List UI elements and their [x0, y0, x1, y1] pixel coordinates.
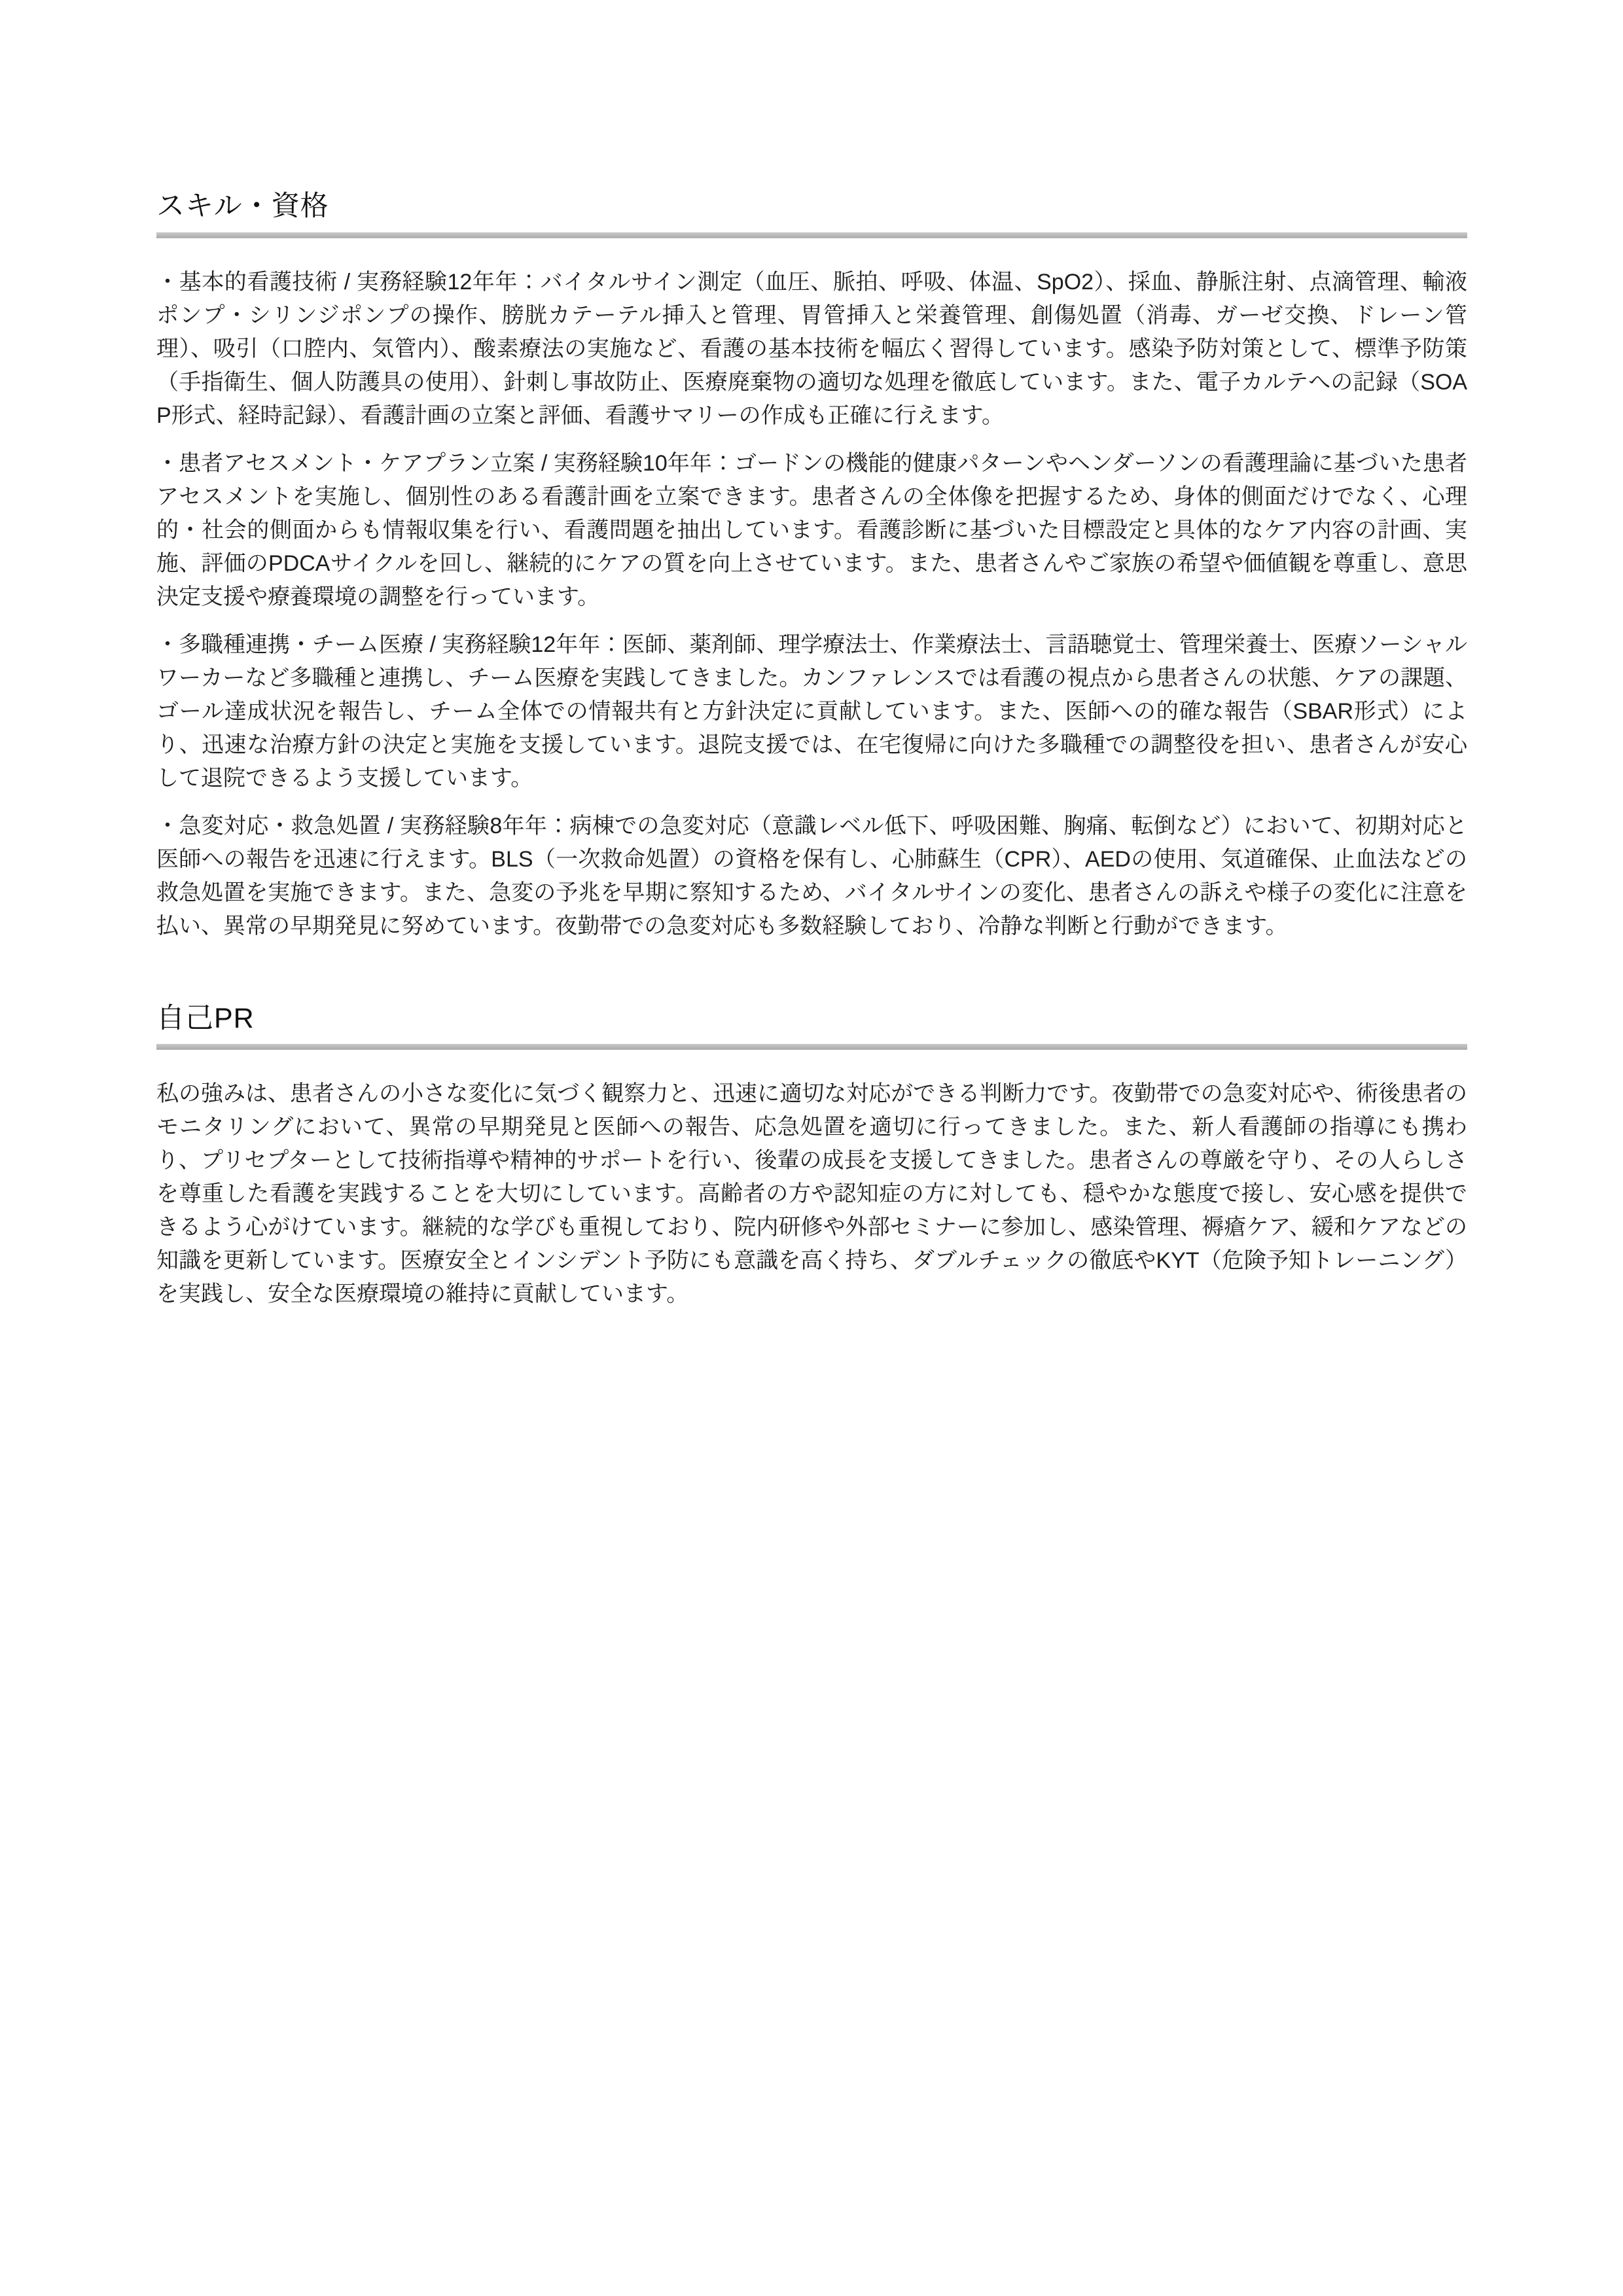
section-title-skills: スキル・資格 [156, 190, 1467, 224]
page-content: スキル・資格 ・基本的看護技術 / 実務経験12年年：バイタルサイン測定（血圧、… [156, 190, 1467, 1311]
section-title-self-pr: 自己PR [156, 1002, 1467, 1036]
section-divider [156, 1044, 1467, 1050]
skill-item-emergency-response: ・急変対応・救急処置 / 実務経験8年年：病棟での急変対応（意識レベル低下、呼吸… [156, 810, 1467, 943]
skill-item-team-medicine: ・多職種連携・チーム医療 / 実務経験12年年：医師、薬剤師、理学療法士、作業療… [156, 628, 1467, 795]
self-pr-paragraph: 私の強みは、患者さんの小さな変化に気づく観察力と、迅速に適切な対応ができる判断力… [156, 1077, 1467, 1311]
resume-page: スキル・資格 ・基本的看護技術 / 実務経験12年年：バイタルサイン測定（血圧、… [0, 0, 1623, 2296]
skill-item-patient-assessment: ・患者アセスメント・ケアプラン立案 / 実務経験10年年：ゴードンの機能的健康パ… [156, 447, 1467, 614]
section-self-pr: 自己PR 私の強みは、患者さんの小さな変化に気づく観察力と、迅速に適切な対応がで… [156, 1002, 1467, 1312]
section-divider [156, 232, 1467, 238]
section-skills-qualifications: スキル・資格 ・基本的看護技術 / 実務経験12年年：バイタルサイン測定（血圧、… [156, 190, 1467, 943]
skill-item-basic-nursing: ・基本的看護技術 / 実務経験12年年：バイタルサイン測定（血圧、脈拍、呼吸、体… [156, 266, 1467, 433]
